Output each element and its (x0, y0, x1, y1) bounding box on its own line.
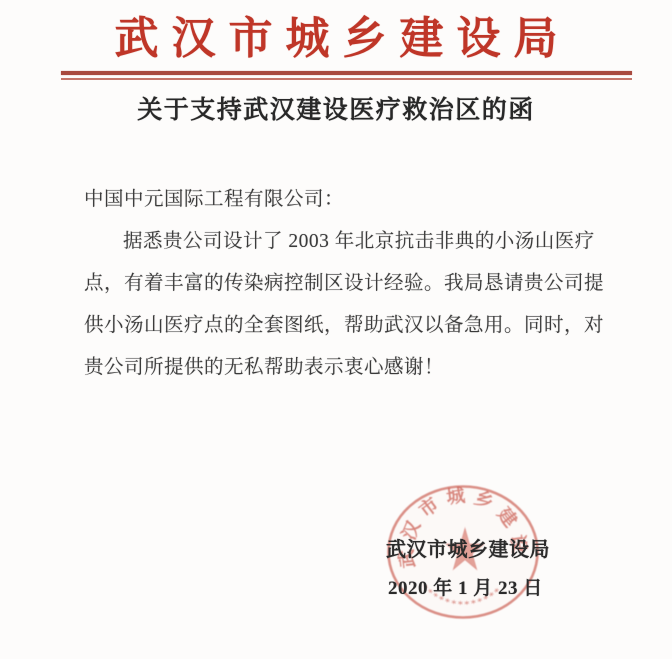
issuer-signature: 武汉市城乡建设局 (386, 538, 550, 562)
official-letter-page: 武汉市城乡建设局 关于支持武汉建设医疗救治区的函 中国中元国际工程有限公司： 据… (0, 0, 672, 659)
paragraph-line: 据悉贵公司设计了 2003 年北京抗击非典的小汤山医疗 (84, 221, 600, 263)
letter-body: 中国中元国际工程有限公司： 据悉贵公司设计了 2003 年北京抗击非典的小汤山医… (84, 179, 600, 389)
letterhead-agency-name: 武汉市城乡建设局 (0, 13, 672, 65)
letterhead-rule-bottom (61, 78, 632, 80)
letter-title: 关于支持武汉建设医疗救治区的函 (0, 94, 672, 128)
salutation-line: 中国中元国际工程有限公司： (84, 179, 600, 221)
letterhead-rule-top (61, 71, 632, 75)
issue-date: 2020 年 1 月 23 日 (388, 577, 543, 601)
paragraph-line: 点，有着丰富的传染病控制区设计经验。我局恳请贵公司提 (84, 263, 600, 305)
paragraph-line: 供小汤山医疗点的全套图纸，帮助武汉以备急用。同时，对 (84, 305, 600, 347)
paragraph-line: 贵公司所提供的无私帮助表示衷心感谢！ (84, 347, 600, 389)
